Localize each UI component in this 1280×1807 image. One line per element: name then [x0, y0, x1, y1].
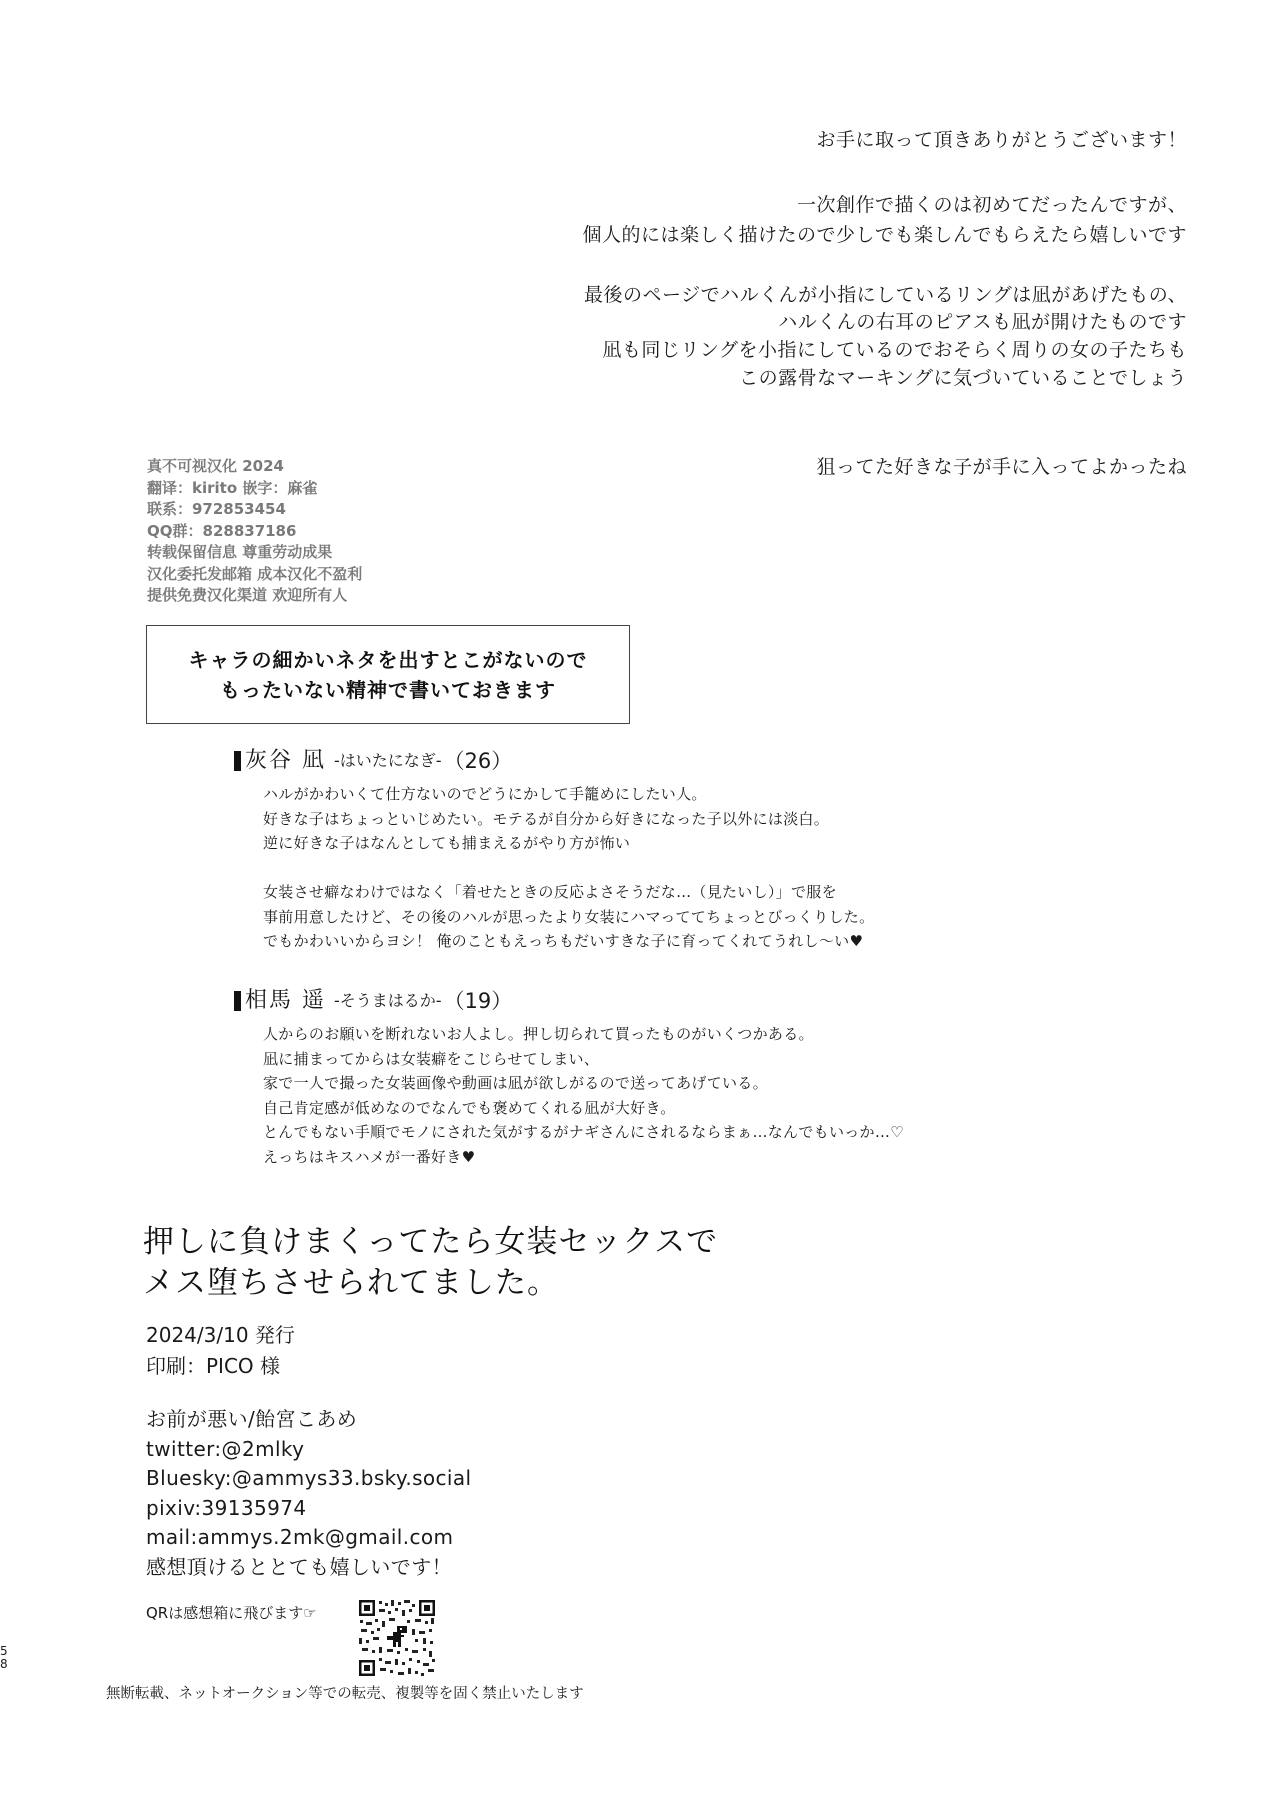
description-line: 事前用意したけど、その後のハルが思ったより女装にハマっててちょっとびっくりした。	[263, 905, 874, 930]
afterword-line-6: 凪も同じリングを小指にしているのでおそらく周りの女の子たちも	[602, 335, 1187, 365]
heading-bar-icon	[234, 991, 241, 1011]
afterword-line-2: 一次創作で描くのは初めてだったんですが、	[797, 190, 1187, 220]
afterword-line-4: 最後のページでハルくんが小指にしているリングは凪があげたもの、	[584, 280, 1187, 310]
description-line: 人からのお願いを断れないお人よし。押し切られて買ったものがいくつかある。	[263, 1022, 904, 1047]
credits-line: 转载保留信息 尊重劳动成果	[147, 542, 362, 564]
translation-credits: 真不可视汉化 2024 翻译：kirito 嵌字：麻雀 联系：972853454…	[147, 456, 362, 607]
credits-line: 翻译：kirito 嵌字：麻雀	[147, 478, 362, 500]
credits-line: 汉化委托发邮箱 成本汉化不盈利	[147, 564, 362, 586]
circle-author-name: お前が悪い/飴宮こあめ	[146, 1405, 472, 1435]
notebox-line-1: キャラの細かいネタを出すとこがないので	[189, 645, 588, 675]
book-title: 押しに負けまくってたら女装セックスで メス堕ちさせられてました。	[143, 1222, 718, 1304]
character-description-haruka: 人からのお願いを断れないお人よし。押し切られて買ったものがいくつかある。 凪に捕…	[263, 1022, 904, 1169]
copyright-notice: 無断転載、ネットオークション等での転売、複製等を固く禁止いたします	[106, 1684, 584, 1704]
paragraph-gap	[263, 856, 874, 881]
afterword-line-5: ハルくんの右耳のピアスも凪が開けたものです	[778, 307, 1187, 337]
bluesky-handle[interactable]: Bluesky:@ammys33.bsky.social	[146, 1464, 472, 1494]
character-age: （26）	[444, 748, 513, 774]
description-line: 好きな子はちょっといじめたい。モテるが自分から好きになった子以外には淡白。	[263, 807, 874, 832]
heading-bar-icon	[234, 751, 241, 771]
credits-line: QQ群：828837186	[147, 521, 362, 543]
character-name: 相馬 遥	[245, 988, 326, 1014]
character-reading: -そうまはるか-	[334, 988, 442, 1014]
description-line: 自己肯定感が低めなのでなんでも褒めてくれる凪が大好き。	[263, 1096, 904, 1121]
book-title-line-1: 押しに負けまくってたら女装セックスで	[143, 1222, 718, 1263]
character-notes-box: キャラの細かいネタを出すとこがないので もったいない精神で書いておきます	[146, 625, 630, 724]
author-info: お前が悪い/飴宮こあめ twitter:@2mlky Bluesky:@ammy…	[146, 1405, 472, 1582]
description-line: えっちはキスハメが一番好き♥	[263, 1145, 904, 1170]
character-heading-haruka: 相馬 遥 -そうまはるか- （19）	[234, 988, 512, 1014]
character-heading-nagi: 灰谷 凪 -はいたになぎ- （26）	[234, 748, 512, 774]
afterword-line-1: お手に取って頂きありがとうございます！	[816, 125, 1187, 155]
description-line: 家で一人で撮った女装画像や動画は凪が欲しがるので送ってあげている。	[263, 1071, 904, 1096]
pixiv-id[interactable]: pixiv:39135974	[146, 1494, 472, 1524]
publish-date: 2024/3/10 発行	[146, 1320, 295, 1351]
qr-label: QRは感想箱に飛びます☞	[146, 1603, 317, 1623]
mail-address[interactable]: mail:ammys.2mk@gmail.com	[146, 1523, 472, 1553]
credits-line: 真不可视汉化 2024	[147, 456, 362, 478]
page-number-digit: 8	[0, 1658, 10, 1671]
character-age: （19）	[444, 988, 513, 1014]
description-line: 逆に好きな子はなんとしても捕まえるがやり方が怖い	[263, 831, 874, 856]
description-line: とんでもない手順でモノにされた気がするがナギさんにされるならまぁ…なんでもいっか…	[263, 1120, 904, 1145]
notebox-line-2: もったいない精神で書いておきます	[220, 675, 556, 705]
character-reading: -はいたになぎ-	[334, 748, 442, 774]
book-title-line-2: メス堕ちさせられてました。	[143, 1263, 718, 1304]
credits-line: 提供免费汉化渠道 欢迎所有人	[147, 585, 362, 607]
thanks-message: 感想頂けるととても嬉しいです！	[146, 1553, 472, 1583]
description-line: 女装させ癖なわけではなく「着せたときの反応よさそうだな…（見たいし）」で服を	[263, 880, 874, 905]
afterword-line-7: この露骨なマーキングに気づいていることでしょう	[739, 363, 1187, 393]
twitter-handle[interactable]: twitter:@2mlky	[146, 1435, 472, 1465]
page-number: 5 8	[0, 1645, 10, 1671]
printer-credit: 印刷：PICO 様	[146, 1351, 280, 1382]
credits-line: 联系：972853454	[147, 499, 362, 521]
character-name: 灰谷 凪	[245, 748, 326, 774]
afterword-line-3: 個人的には楽しく描けたので少しでも楽しんでもらえたら嬉しいです	[582, 220, 1187, 250]
description-line: ハルがかわいくて仕方ないのでどうにかして手籠めにしたい人。	[263, 782, 874, 807]
afterword-closing-line: 狙ってた好きな子が手に入ってよかったね	[816, 452, 1187, 482]
description-line: でもかわいいからヨシ！ 俺のこともえっちもだいすきな子に育ってくれてうれし～い♥	[263, 929, 874, 954]
description-line: 凪に捕まってからは女装癖をこじらせてしまい、	[263, 1047, 904, 1072]
character-description-nagi: ハルがかわいくて仕方ないのでどうにかして手籠めにしたい人。 好きな子はちょっとい…	[263, 782, 874, 954]
qr-code-icon[interactable]	[357, 1598, 437, 1678]
